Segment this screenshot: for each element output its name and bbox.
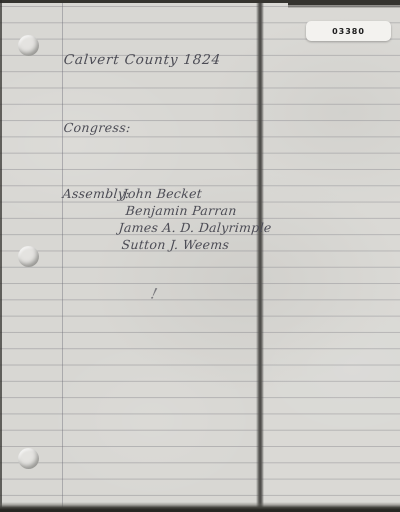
punch-hole-top	[18, 35, 39, 56]
assembly-heading: Assembly:	[62, 186, 130, 201]
scan-edge-left	[0, 0, 2, 512]
assembly-member: James A. D. Dalyrimple	[118, 220, 272, 235]
assembly-member: Sutton J. Weems	[121, 237, 230, 252]
assembly-member: John Becket	[122, 186, 203, 201]
scanned-notebook-page: 03380 Calvert County 1824 Congress: Asse…	[0, 0, 400, 512]
catalog-number: 03380	[332, 27, 365, 36]
binding-spine-line	[256, 0, 264, 512]
congress-heading: Congress:	[63, 120, 131, 135]
margin-line	[62, 0, 63, 512]
scan-edge-top-right	[288, 0, 400, 8]
scan-edge-bottom	[0, 502, 400, 512]
stray-pencil-mark: !	[149, 284, 159, 303]
right-page-area	[263, 0, 400, 512]
page-title-handwriting: Calvert County 1824	[63, 52, 222, 68]
punch-hole-bottom	[18, 448, 39, 469]
assembly-member: Benjamin Parran	[125, 203, 237, 218]
punch-hole-middle	[18, 246, 39, 267]
catalog-sticker: 03380	[306, 21, 391, 41]
